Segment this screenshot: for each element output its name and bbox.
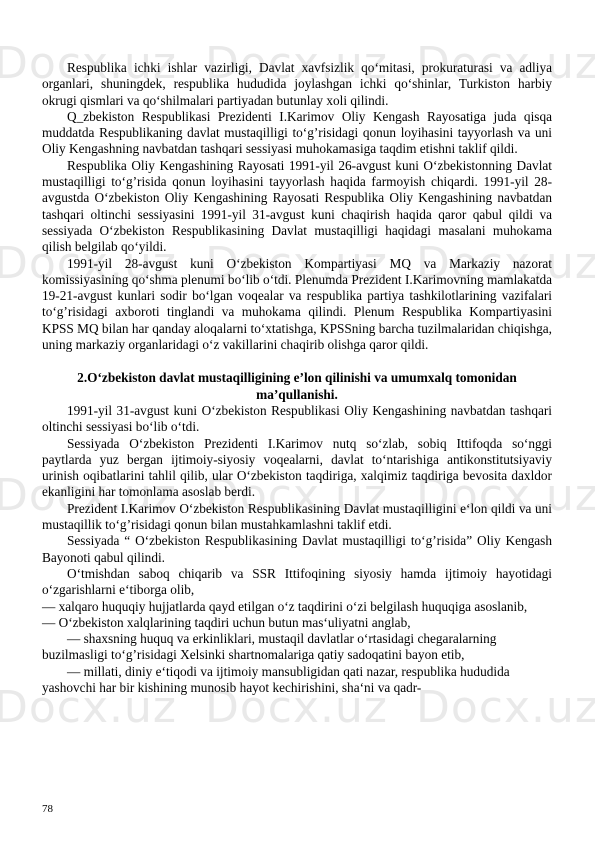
section-heading: 2.O‘zbekiston davlat mustaqilligining e’… <box>42 370 552 403</box>
list-item: — shaxsning huquq va erkinliklari, musta… <box>42 631 552 664</box>
paragraph: Respublika Oliy Kengashining Rayosati 19… <box>42 158 552 256</box>
paragraph: O‘tmishdan saboq chiqarib va SSR Ittifoq… <box>42 566 552 599</box>
paragraph: 1991-yil 28-avgust kuni O‘zbekiston Komp… <box>42 256 552 354</box>
paragraph: Q_zbekiston Respublikasi Prezidenti I.Ka… <box>42 109 552 158</box>
paragraph: Sessiyada “ O‘zbekiston Respublikasining… <box>42 533 552 566</box>
document-body: Respublika ichki ishlar vazirligi, Davla… <box>42 60 552 696</box>
paragraph: Respublika ichki ishlar vazirligi, Davla… <box>42 60 552 109</box>
paragraph: Prezident I.Karimov O‘zbekiston Respubli… <box>42 501 552 534</box>
list-item: — xalqaro huquqiy hujjatlarda qayd etilg… <box>42 599 552 615</box>
page-number: 78 <box>42 803 53 815</box>
list-item: — O‘zbekiston xalqlarining taqdiri uchun… <box>42 615 552 631</box>
paragraph: Sessiyada O‘zbekiston Prezidenti I.Karim… <box>42 436 552 501</box>
list-item: — millati, diniy e‘tiqodi va ijtimoiy ma… <box>42 664 552 697</box>
document-page: Docx.uz Docx.uz Docx.uz Docx.uz Docx.uz … <box>0 0 595 842</box>
paragraph: 1991-yil 31-avgust kuni O‘zbekiston Resp… <box>42 403 552 436</box>
